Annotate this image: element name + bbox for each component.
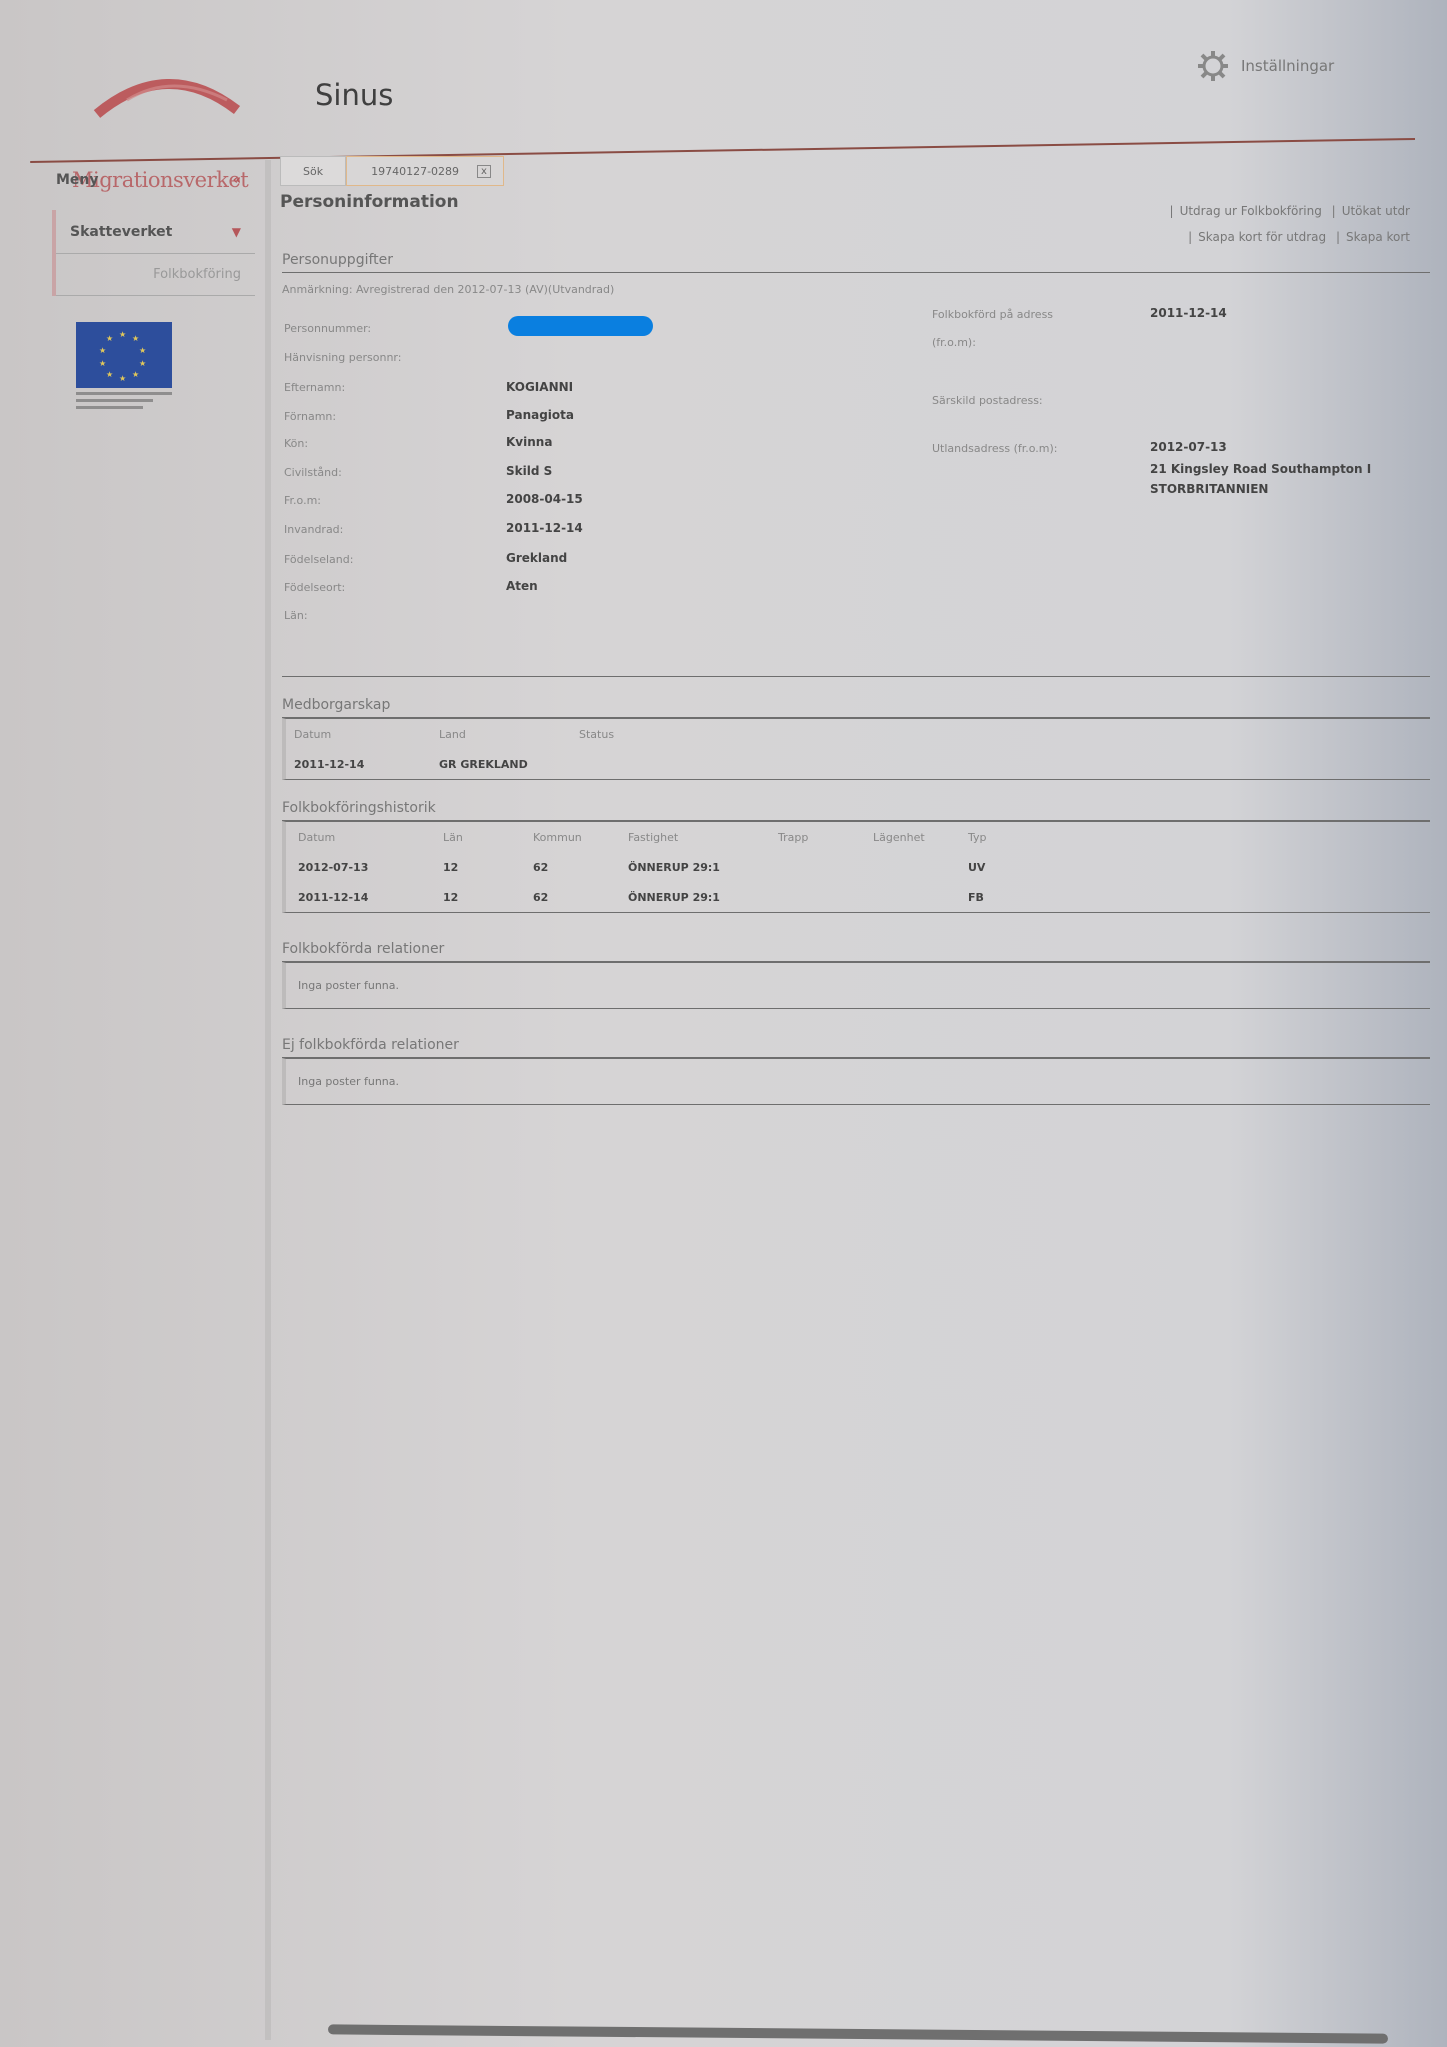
value-kon: Kvinna xyxy=(506,435,552,449)
sidebar: Meny « Skatteverket ▼ Folkbokföring ★★★ … xyxy=(30,162,255,413)
settings-link[interactable]: Inställningar xyxy=(1195,48,1334,84)
value-civilstand: Skild S xyxy=(506,464,552,478)
tab-bar: Sök 19740127-0289 x xyxy=(280,156,1430,186)
section-title-personuppgifter: Personuppgifter xyxy=(282,252,1430,273)
section-title-historik: Folkbokföringshistorik xyxy=(282,800,1430,821)
tab-person-label: 19740127-0289 xyxy=(371,165,459,178)
col-land: Land xyxy=(439,728,579,741)
cell-fastighet: ÖNNERUP 29:1 xyxy=(628,891,778,904)
label-personnummer: Personnummer: xyxy=(284,322,371,335)
notice-text: Anmärkning: Avregistrerad den 2012-07-13… xyxy=(282,283,1430,296)
chevron-down-icon: ▼ xyxy=(232,225,241,239)
migrationsverket-logo[interactable]: Migrationsverket xyxy=(52,70,292,170)
menu-header[interactable]: Meny « xyxy=(30,162,255,198)
action-links: |Utdrag ur Folkbokföring |Utökat utdr |S… xyxy=(1164,198,1410,250)
value-utlandsadress-country: STORBRITANNIEN xyxy=(1150,482,1268,496)
value-fornamn: Panagiota xyxy=(506,408,574,422)
horizontal-scrollbar[interactable] xyxy=(328,2024,1388,2043)
double-chevron-left-icon[interactable]: « xyxy=(233,173,241,188)
utdrag-link[interactable]: Utdrag ur Folkbokföring xyxy=(1180,204,1322,218)
cell-land: GR GREKLAND xyxy=(439,758,579,771)
app-window: Migrationsverket Sinus Inställningar Men… xyxy=(30,20,1430,2047)
settings-label: Inställningar xyxy=(1241,57,1334,75)
label-civilstand: Civilstånd: xyxy=(284,466,342,479)
app-title: Sinus xyxy=(315,78,393,112)
label-efternamn: Efternamn: xyxy=(284,381,345,394)
label-hanvisning: Hänvisning personnr: xyxy=(284,351,401,364)
cell-datum: 2012-07-13 xyxy=(298,861,443,874)
cell-fastighet: ÖNNERUP 29:1 xyxy=(628,861,778,874)
gear-icon xyxy=(1195,48,1231,84)
section-title-ej-relationer: Ej folkbokförda relationer xyxy=(282,1037,1430,1058)
label-from: Fr.o.m: xyxy=(284,494,321,507)
skapa-kort-link[interactable]: Skapa kort xyxy=(1346,230,1410,244)
cell-typ: UV xyxy=(968,861,985,874)
cell-typ: FB xyxy=(968,891,984,904)
close-tab-icon[interactable]: x xyxy=(477,165,491,178)
cell-kommun: 62 xyxy=(533,891,628,904)
label-fornamn: Förnamn: xyxy=(284,410,336,423)
cell-lan: 12 xyxy=(443,861,533,874)
value-efternamn: KOGIANNI xyxy=(506,380,573,394)
col-status: Status xyxy=(579,728,614,741)
eu-flag-icon: ★★★ ★★★ ★★★ ★ xyxy=(76,322,172,388)
table-row: 2011-12-14 12 62 ÖNNERUP 29:1 FB xyxy=(286,882,1430,912)
sidebar-item-folkbokforing[interactable]: Folkbokföring xyxy=(56,254,255,296)
skapa-kort-utdrag-link[interactable]: Skapa kort för utdrag xyxy=(1198,230,1326,244)
label-lan: Län: xyxy=(284,609,308,622)
label-fodelseland: Födelseland: xyxy=(284,553,353,566)
historik-table: Datum Län Kommun Fastighet Trapp Lägenhe… xyxy=(282,821,1430,913)
cell-datum: 2011-12-14 xyxy=(294,758,439,771)
label-folkbokford-from: (fr.o.m): xyxy=(932,336,976,349)
value-invandrad: 2011-12-14 xyxy=(506,521,583,535)
ej-relationer-box: Inga poster funna. xyxy=(282,1058,1430,1105)
cell-datum: 2011-12-14 xyxy=(298,891,443,904)
table-row: 2011-12-14 GR GREKLAND xyxy=(286,749,1430,779)
label-fodelseort: Födelseort: xyxy=(284,581,345,594)
col-kommun: Kommun xyxy=(533,831,628,844)
sidebar-group-label: Skatteverket xyxy=(70,224,172,240)
label-utlandsadress: Utlandsadress (fr.o.m): xyxy=(932,442,1058,455)
value-fodelseort: Aten xyxy=(506,579,538,593)
value-folkbokford-adress: 2011-12-14 xyxy=(1150,306,1227,320)
col-lagenhet: Lägenhet xyxy=(873,831,968,844)
arch-logo-icon xyxy=(87,70,247,120)
col-fastighet: Fastighet xyxy=(628,831,778,844)
section-title-medborgarskap: Medborgarskap xyxy=(282,676,1430,718)
redaction-mark xyxy=(508,316,653,336)
main-content: Sök 19740127-0289 x Personinformation |U… xyxy=(270,156,1430,1105)
sidebar-item-skatteverket[interactable]: Skatteverket ▼ xyxy=(56,210,255,254)
tab-person[interactable]: 19740127-0289 x xyxy=(346,156,504,186)
tab-search[interactable]: Sök xyxy=(280,156,346,186)
eu-logo: ★★★ ★★★ ★★★ ★ xyxy=(76,322,172,409)
value-from: 2008-04-15 xyxy=(506,492,583,506)
label-kon: Kön: xyxy=(284,437,308,450)
relationer-box: Inga poster funna. xyxy=(282,962,1430,1009)
col-lan: Län xyxy=(443,831,533,844)
value-fodelseland: Grekland xyxy=(506,551,567,565)
label-invandrad: Invandrad: xyxy=(284,523,343,536)
col-typ: Typ xyxy=(968,831,987,844)
table-row: 2012-07-13 12 62 ÖNNERUP 29:1 UV xyxy=(286,852,1430,882)
empty-message: Inga poster funna. xyxy=(286,1059,1430,1104)
empty-message: Inga poster funna. xyxy=(286,963,1430,1008)
col-trapp: Trapp xyxy=(778,831,873,844)
person-details: Personnummer: Hänvisning personnr: Efter… xyxy=(270,296,1430,646)
medborgarskap-table: Datum Land Status 2011-12-14 GR GREKLAND xyxy=(282,718,1430,780)
cell-lan: 12 xyxy=(443,891,533,904)
value-utlandsadress-street: 21 Kingsley Road Southampton I xyxy=(1150,462,1371,476)
col-datum: Datum xyxy=(298,831,443,844)
cell-kommun: 62 xyxy=(533,861,628,874)
menu-label: Meny xyxy=(56,172,99,188)
menu-group-skatteverket: Skatteverket ▼ Folkbokföring xyxy=(52,210,255,296)
utokat-utdrag-link[interactable]: Utökat utdr xyxy=(1342,204,1410,218)
label-sarskild-postadress: Särskild postadress: xyxy=(932,394,1043,407)
value-utlandsadress-date: 2012-07-13 xyxy=(1150,440,1227,454)
eu-caption xyxy=(76,392,172,409)
section-title-relationer: Folkbokförda relationer xyxy=(282,941,1430,962)
col-datum: Datum xyxy=(294,728,439,741)
label-folkbokford-adress: Folkbokförd på adress xyxy=(932,308,1053,321)
